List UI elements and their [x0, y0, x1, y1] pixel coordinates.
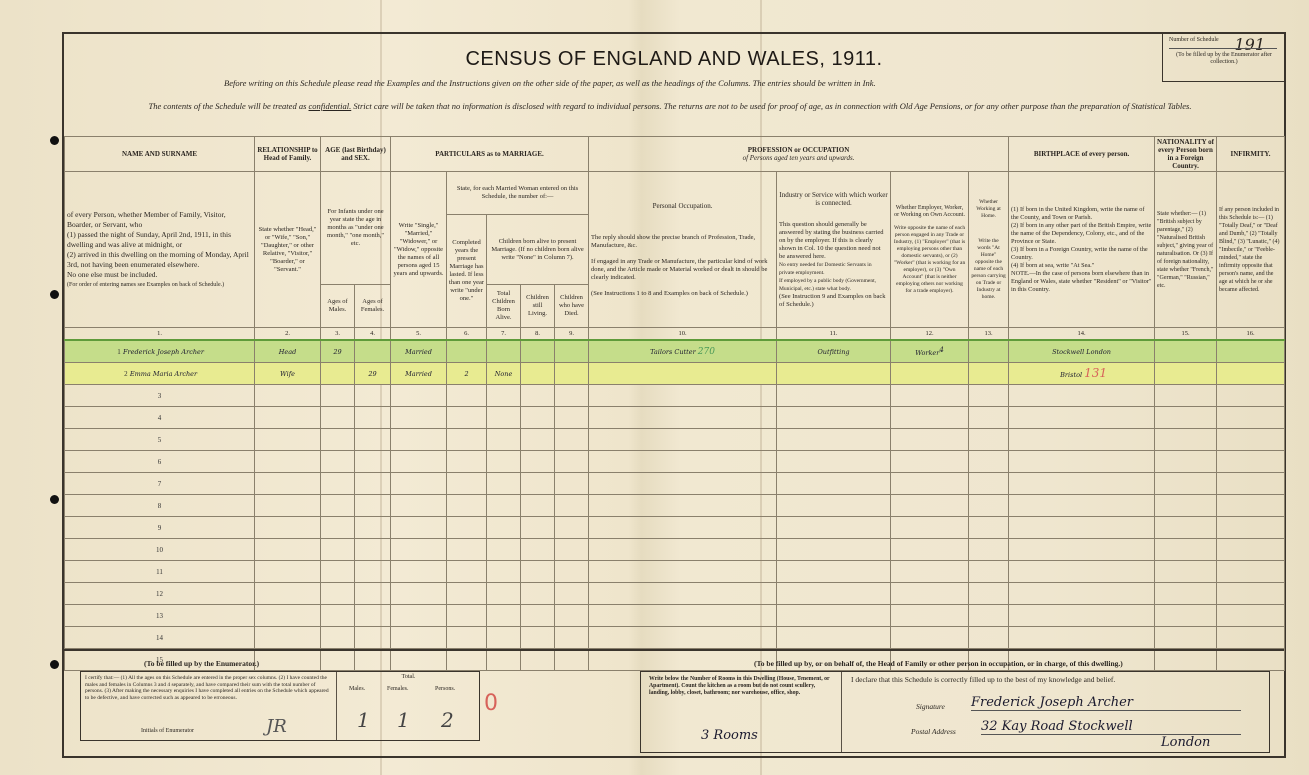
employer-header: Whether Employer, Worker, or Working on …	[893, 205, 966, 219]
table-row[interactable]: 10	[65, 539, 1285, 561]
table-row[interactable]: 14	[65, 627, 1285, 649]
row-number: 7	[156, 480, 164, 488]
children-died-header: Children who have Died.	[555, 285, 589, 328]
table-row[interactable]: 7	[65, 473, 1285, 495]
infirmity-description: If any person included in this Schedule …	[1217, 172, 1285, 328]
persons-label: Persons.	[435, 686, 455, 692]
column-number: 12.	[891, 328, 969, 341]
birthplace-desc: (4) If born at sea, write "At Sea."	[1011, 262, 1152, 270]
person-name: Emma Maria Archer	[130, 370, 197, 378]
ages-of-males-header: Ages of Males.	[321, 285, 355, 328]
males-total: 1	[357, 708, 370, 732]
enumerator-box: I certify that:— (1) All the ages on thi…	[80, 671, 480, 741]
row-number: 5	[156, 436, 164, 444]
column-number-row: 1. 2. 3. 4. 5. 6. 7. 8. 9. 10. 11. 12. 1…	[65, 328, 1285, 341]
home-cell: Whether Working at Home. Write the words…	[969, 172, 1009, 328]
table-row[interactable]: 5	[65, 429, 1285, 451]
birthplace-note: NOTE.—In the case of persons born elsewh…	[1011, 270, 1152, 294]
children-died-cell	[555, 340, 589, 363]
home-cell	[969, 340, 1009, 363]
personal-occupation-header: Personal Occupation.	[591, 202, 774, 210]
birthplace-desc: (3) If born in a Foreign Country, write …	[1011, 246, 1152, 262]
table-row[interactable]: 2Emma Maria Archer Wife 29 Married 2 Non…	[65, 363, 1285, 385]
document-title: CENSUS OF ENGLAND AND WALES, 1911.	[64, 48, 1284, 71]
condition-cell: Married	[391, 340, 447, 363]
home-header: Whether Working at Home.	[971, 199, 1006, 220]
personal-occupation-cell: Personal Occupation. The reply should sh…	[589, 172, 777, 328]
children-living-cell	[521, 363, 555, 385]
nationality-cell	[1155, 340, 1217, 363]
relationship-cell: Head	[255, 340, 321, 363]
name-desc-text: (1) passed the night of Sunday, April 2n…	[67, 230, 252, 250]
occupation-code: 270	[698, 347, 715, 357]
row-number: 8	[156, 502, 164, 510]
table-row[interactable]: 9	[65, 517, 1285, 539]
years-married-cell: 2	[447, 363, 487, 385]
industry-desc: This question should generally be answer…	[779, 221, 888, 261]
name-cell: 2Emma Maria Archer	[65, 363, 255, 385]
occupation-header: PROFESSION or OCCUPATION	[748, 146, 850, 154]
industry-desc: If employed by a public body (Government…	[779, 277, 888, 293]
nationality-description: State whether:— (1) "British subject by …	[1155, 172, 1217, 328]
punch-hole	[50, 290, 59, 299]
punch-hole	[50, 660, 59, 669]
employer-value: Worker	[915, 349, 939, 357]
occupation-cell: Tailors Cutter 270	[589, 340, 777, 363]
col-header-name: NAME AND SURNAME	[65, 137, 255, 172]
enumerator-certification: I certify that:— (1) All the ages on thi…	[85, 675, 330, 701]
instruction-text: Strict care will be taken that no inform…	[351, 101, 1191, 111]
table-row[interactable]: 3	[65, 385, 1285, 407]
birthplace-cell: Bristol 131	[1009, 363, 1155, 385]
totals-box: Total. Males. Females. Persons. 1 1 2	[336, 672, 480, 740]
head-of-family-box: Write below the Number of Rooms in this …	[640, 671, 1270, 753]
row-number: 4	[156, 414, 164, 422]
employer-mark: 4	[939, 346, 943, 354]
column-number: 9.	[555, 328, 589, 341]
infirmity-cell	[1217, 340, 1285, 363]
name-desc-text: No one else must be included.	[67, 270, 252, 280]
name-desc-text: (For order of entering names see Example…	[67, 280, 252, 290]
table-row[interactable]: 12	[65, 583, 1285, 605]
personal-occupation-desc: (See Instructions 1 to 8 and Examples on…	[591, 290, 774, 298]
instruction-line-1: Before writing on this Schedule please r…	[224, 78, 876, 88]
footer-section: (To be filled up by the Enumerator.) I c…	[64, 649, 1284, 758]
schedule-number-label: Number of Schedule	[1169, 37, 1219, 43]
column-number: 4.	[355, 328, 391, 341]
red-mark: 0	[484, 691, 498, 716]
row-number: 11	[156, 568, 164, 576]
home-cell	[969, 363, 1009, 385]
industry-cell	[777, 363, 891, 385]
column-number: 15.	[1155, 328, 1217, 341]
table-row[interactable]: 1Frederick Joseph Archer Head 29 Married…	[65, 340, 1285, 363]
relationship-description: State whether "Head," or "Wife," "Son," …	[255, 172, 321, 328]
schedule-number-note: (To be filled up by the Enumerator after…	[1167, 52, 1281, 66]
occupation-cell	[589, 363, 777, 385]
name-desc-text: (2) arrived in this dwelling on the morn…	[67, 250, 252, 270]
initials-label: Initials of Enumerator	[141, 728, 194, 734]
birthplace-desc: (2) If born in any other part of the Bri…	[1011, 222, 1152, 246]
table-row[interactable]: 13	[65, 605, 1285, 627]
totals-label: Total.	[337, 674, 480, 680]
form-frame: CENSUS OF ENGLAND AND WALES, 1911. Befor…	[62, 32, 1286, 758]
age-male-cell	[321, 363, 355, 385]
row-number: 9	[156, 524, 164, 532]
children-total-cell	[487, 340, 521, 363]
head-of-family-caption: (To be filled up by, or on behalf of, th…	[754, 659, 1123, 668]
punch-hole	[50, 136, 59, 145]
persons-total: 2	[441, 708, 454, 732]
age-female-cell: 29	[355, 363, 391, 385]
col-header-infirmity: INFIRMITY.	[1217, 137, 1285, 172]
postal-address-city: London	[1161, 735, 1210, 750]
column-number: 7.	[487, 328, 521, 341]
rooms-box: Write below the Number of Rooms in this …	[641, 672, 842, 752]
birthplace-desc: (1) If born in the United Kingdom, write…	[1011, 206, 1152, 222]
instruction-line-2: The contents of the Schedule will be tre…	[80, 100, 1260, 113]
children-died-cell	[555, 363, 589, 385]
industry-desc: (See Instruction 9 and Examples on back …	[779, 293, 888, 309]
column-number: 11.	[777, 328, 891, 341]
row-number: 10	[156, 546, 164, 554]
name-desc-text: of every Person, whether Member of Famil…	[67, 210, 252, 230]
table-row[interactable]: 4	[65, 407, 1285, 429]
instruction-text: The contents of the Schedule will be tre…	[149, 101, 309, 111]
col-header-marriage: PARTICULARS as to MARRIAGE.	[391, 137, 589, 172]
employer-cell	[891, 363, 969, 385]
column-number: 6.	[447, 328, 487, 341]
table-row[interactable]: 6	[65, 451, 1285, 473]
children-total-cell: None	[487, 363, 521, 385]
years-married-description: Completed years the present Marriage has…	[447, 215, 487, 328]
home-desc: Write the words "At Home" opposite the n…	[971, 238, 1006, 301]
age-male-cell: 29	[321, 340, 355, 363]
ages-of-females-header: Ages of Females.	[355, 285, 391, 328]
nationality-cell	[1155, 363, 1217, 385]
name-description: of every Person, whether Member of Famil…	[65, 172, 255, 328]
personal-occupation-desc: The reply should show the precise branch…	[591, 234, 774, 250]
employer-cell: Worker4	[891, 340, 969, 363]
occupation-value: Tailors Cutter	[650, 348, 696, 356]
birthplace-value: Bristol	[1060, 371, 1082, 379]
rooms-instruction: Write below the Number of Rooms in this …	[649, 676, 835, 697]
column-number: 5.	[391, 328, 447, 341]
declaration-text: I declare that this Schedule is correctl…	[851, 675, 1115, 684]
census-schedule-page: CENSUS OF ENGLAND AND WALES, 1911. Befor…	[0, 0, 1309, 775]
column-number: 10.	[589, 328, 777, 341]
enumerator-caption: (To be filled up by the Enumerator.)	[144, 659, 259, 668]
industry-cell: Industry or Service with which worker is…	[777, 172, 891, 328]
column-number: 13.	[969, 328, 1009, 341]
birthplace-description: (1) If born in the United Kingdom, write…	[1009, 172, 1155, 328]
column-number: 16.	[1217, 328, 1285, 341]
column-number: 1.	[65, 328, 255, 341]
females-total: 1	[397, 708, 410, 732]
children-living-header: Children still Living.	[521, 285, 555, 328]
row-number: 3	[156, 392, 164, 400]
years-married-cell	[447, 340, 487, 363]
industry-header: Industry or Service with which worker is…	[779, 191, 888, 207]
column-number: 14.	[1009, 328, 1155, 341]
col-header-occupation: PROFESSION or OCCUPATIONof Persons aged …	[589, 137, 1009, 172]
industry-cell: Outfitting	[777, 340, 891, 363]
col-header-nationality: NATIONALITY of every Person born in a Fo…	[1155, 137, 1217, 172]
occupation-subheader: of Persons aged ten years and upwards.	[743, 154, 855, 162]
birthplace-cell: Stockwell London	[1009, 340, 1155, 363]
birthplace-code: 131	[1084, 366, 1107, 380]
rooms-value: 3 Rooms	[701, 728, 758, 743]
employer-cell: Whether Employer, Worker, or Working on …	[891, 172, 969, 328]
personal-occupation-desc: If engaged in any Trade or Manufacture, …	[591, 258, 774, 282]
postal-address-label: Postal Address	[911, 727, 956, 736]
children-description: Children born alive to present Marriage.…	[487, 215, 589, 285]
postal-address-value: 32 Kay Road Stockwell	[981, 719, 1241, 735]
condition-cell: Married	[391, 363, 447, 385]
person-name: Frederick Joseph Archer	[123, 348, 204, 356]
row-number: 12	[156, 590, 164, 598]
industry-desc: No entry needed for Domestic Servants in…	[779, 261, 888, 277]
row-number: 14	[156, 634, 164, 642]
initials-value: JR	[266, 716, 287, 737]
name-cell: 1Frederick Joseph Archer	[65, 340, 255, 363]
col-header-relationship: RELATIONSHIP to Head of Family.	[255, 137, 321, 172]
table-row[interactable]: 8	[65, 495, 1285, 517]
column-number: 8.	[521, 328, 555, 341]
age-female-cell	[355, 340, 391, 363]
row-number: 1	[115, 348, 123, 356]
age-description: For Infants under one year state the age…	[321, 172, 391, 285]
relationship-cell: Wife	[255, 363, 321, 385]
children-total-header: Total Children Born Alive.	[487, 285, 521, 328]
married-woman-description: State, for each Married Woman entered on…	[447, 172, 589, 215]
employer-desc: Write opposite the name of each person e…	[893, 225, 966, 295]
schedule-number-box: Number of Schedule 191 (To be filled up …	[1162, 32, 1286, 82]
table-row[interactable]: 11	[65, 561, 1285, 583]
column-number: 2.	[255, 328, 321, 341]
condition-description: Write "Single," "Married," "Widower," or…	[391, 172, 447, 328]
confidential-text: confidential.	[309, 101, 352, 111]
females-label: Females.	[387, 686, 409, 692]
census-table: NAME AND SURNAME RELATIONSHIP to Head of…	[64, 136, 1285, 671]
row-number: 2	[122, 370, 130, 378]
row-number: 13	[156, 612, 164, 620]
punch-hole	[50, 495, 59, 504]
column-number: 3.	[321, 328, 355, 341]
infirmity-cell	[1217, 363, 1285, 385]
row-number: 6	[156, 458, 164, 466]
males-label: Males.	[349, 686, 365, 692]
signature-value: Frederick Joseph Archer	[971, 695, 1241, 711]
children-living-cell	[521, 340, 555, 363]
col-header-birthplace: BIRTHPLACE of every person.	[1009, 137, 1155, 172]
col-header-age: AGE (last Birthday) and SEX.	[321, 137, 391, 172]
signature-label: Signature	[916, 702, 945, 711]
